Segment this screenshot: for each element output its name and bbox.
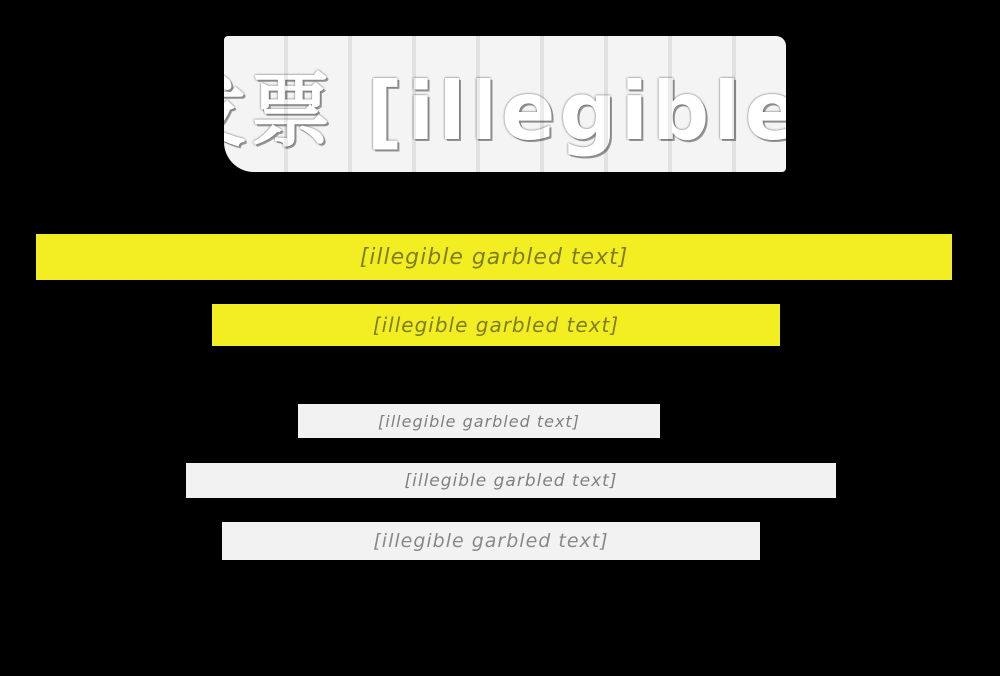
banner-text: [illegible garbled text]: [404, 471, 617, 491]
title-text: 发票 [illegible]: [224, 47, 786, 162]
banner-text: [illegible garbled text]: [373, 313, 619, 337]
banner-text: [illegible garbled text]: [373, 530, 608, 552]
highlight-banner-2: [illegible garbled text]: [212, 304, 780, 346]
banner-text: [illegible garbled text]: [360, 245, 629, 270]
banner-text: [illegible garbled text]: [378, 412, 580, 431]
highlight-banner-1: [illegible garbled text]: [36, 234, 952, 280]
text-banner-2: [illegible garbled text]: [186, 463, 836, 498]
title-banner: 发票 [illegible]: [224, 36, 786, 172]
text-banner-3: [illegible garbled text]: [222, 522, 760, 560]
text-banner-1: [illegible garbled text]: [298, 404, 660, 438]
